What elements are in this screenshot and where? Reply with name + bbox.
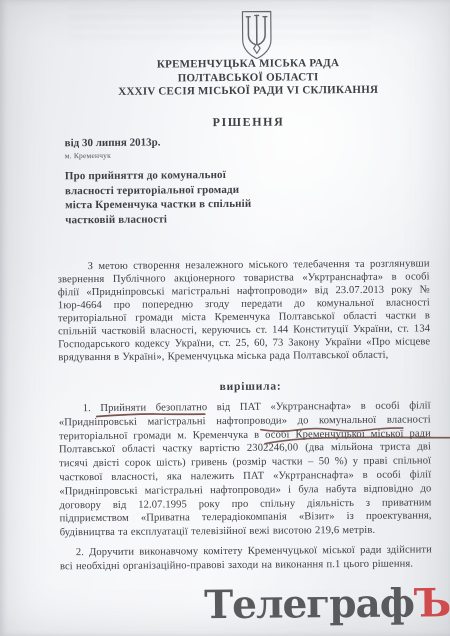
resolved-label: вирішила: — [58, 379, 442, 394]
resolution-point-1: 1. Прийняти безоплатно від ПАТ «Укртранс… — [59, 399, 432, 540]
watermark-gray-part: Телеграф — [204, 581, 414, 629]
document-content: КРЕМЕНЧУЦЬКА МІСЬКА РАДА ПОЛТАВСЬКОЇ ОБЛ… — [0, 0, 450, 636]
decision-place: м. Кременчук — [65, 151, 111, 160]
decision-subject: Про прийняття до комунальної власності т… — [65, 167, 315, 227]
text-line: підприємством «Приватна телерадіокомпані… — [60, 510, 432, 527]
text-line: врядування в Україні», Кременчуцька місь… — [58, 348, 430, 364]
ukraine-trident-coat-of-arms-icon — [236, 8, 278, 62]
document-type-title: РІШЕННЯ — [56, 113, 440, 131]
text-line: всі необхідні організаційно-правові захо… — [60, 557, 432, 574]
preamble-paragraph: З метою створення незалежного міського т… — [58, 257, 431, 364]
subject-line: частковій власності — [65, 211, 315, 228]
resolution-point-2: 2. Доручити виконавчому комітету Кременч… — [60, 543, 432, 574]
session-line: XXXIV СЕСІЯ МІСЬКОЇ РАДИ VI СКЛИКАННЯ — [56, 83, 440, 100]
scanned-document-page: КРЕМЕНЧУЦЬКА МІСЬКА РАДА ПОЛТАВСЬКОЇ ОБЛ… — [0, 0, 450, 636]
telegraf-watermark-logo: ТелеграфЪ — [204, 580, 450, 628]
decision-date: від 30 липня 2013р. — [65, 137, 161, 150]
watermark-red-part: Ъ — [414, 580, 450, 626]
council-header: КРЕМЕНЧУЦЬКА МІСЬКА РАДА ПОЛТАВСЬКОЇ ОБЛ… — [56, 56, 440, 100]
